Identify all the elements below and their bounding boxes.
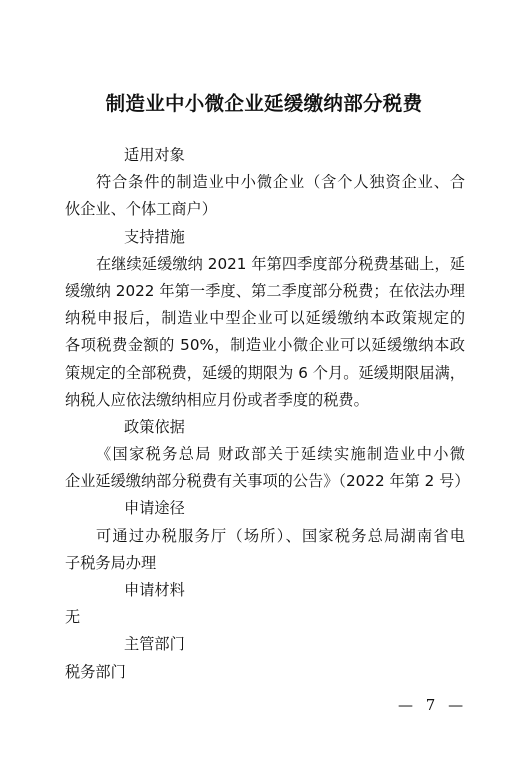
paragraph-line: 策规定的全部税费，延缓的期限为 6 个月。延缓期限届满， — [65, 360, 465, 387]
section-heading-application-materials: 申请材料 — [65, 577, 465, 604]
section-heading-application-channel: 申请途径 — [65, 495, 465, 522]
section-heading-competent-department: 主管部门 — [65, 631, 465, 658]
section-heading-applicable-targets: 适用对象 — [65, 142, 465, 169]
paragraph-line: 纳税人应依法缴纳相应月份或者季度的税费。 — [65, 387, 465, 414]
paragraph-line: 伙企业、个体工商户） — [65, 196, 465, 223]
paragraph-line: 税务部门 — [65, 659, 465, 686]
page-number: — 7 — — [398, 696, 467, 714]
document-title: 制造业中小微企业延缓缴纳部分税费 — [0, 88, 528, 116]
section-heading-policy-basis: 政策依据 — [65, 414, 465, 441]
paragraph-line: 企业延缓缴纳部分税费有关事项的公告》（2022 年第 2 号） — [65, 468, 465, 495]
paragraph-line: 无 — [65, 604, 465, 631]
paragraph-line: 在继续延缓缴纳 2021 年第四季度部分税费基础上，延 — [65, 251, 465, 278]
paragraph-line: 各项税费金额的 50%，制造业小微企业可以延缓缴纳本政 — [65, 332, 465, 359]
paragraph-line: 子税务局办理 — [65, 550, 465, 577]
paragraph-line: 符合条件的制造业中小微企业（含个人独资企业、合 — [65, 169, 465, 196]
paragraph-line: 缓缴纳 2022 年第一季度、第二季度部分税费；在依法办理 — [65, 278, 465, 305]
document-body: 适用对象 符合条件的制造业中小微企业（含个人独资企业、合 伙企业、个体工商户） … — [65, 142, 465, 686]
paragraph-line: 《国家税务总局 财政部关于延续实施制造业中小微 — [65, 441, 465, 468]
section-heading-support-measures: 支持措施 — [65, 224, 465, 251]
paragraph-line: 纳税申报后，制造业中型企业可以延缓缴纳本政策规定的 — [65, 305, 465, 332]
paragraph-line: 可通过办税服务厅（场所）、国家税务总局湖南省电 — [65, 523, 465, 550]
